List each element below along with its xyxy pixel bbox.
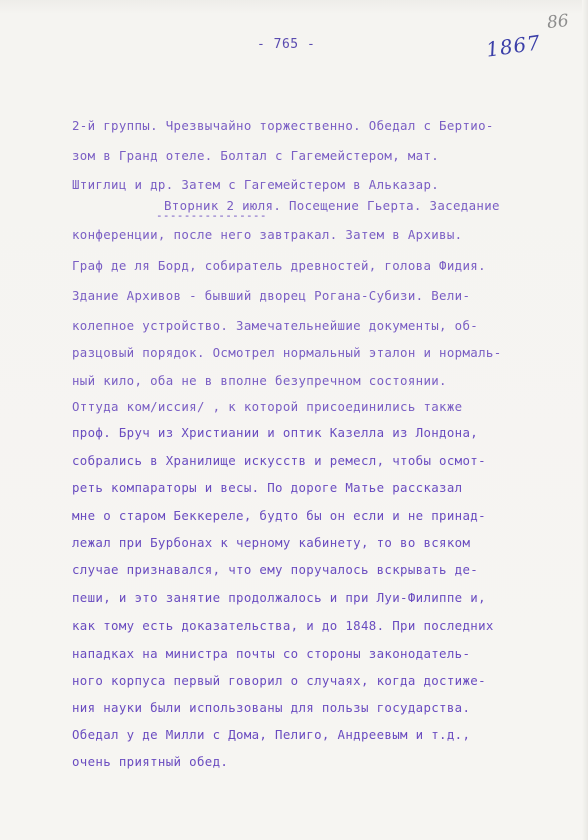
- text-line: случае признавался, что ему поручалось в…: [72, 562, 478, 578]
- page-edge: [582, 0, 588, 840]
- text-line: конференции, после него завтракал. Затем…: [72, 227, 463, 243]
- handwritten-folio-number: 86: [546, 11, 570, 33]
- text-line: как тому есть доказательства, и до 1848.…: [72, 618, 494, 634]
- text-line: реть компараторы и весы. По дороге Матье…: [72, 480, 463, 496]
- text-line: проф. Бруч из Христиании и оптик Казелла…: [72, 425, 478, 441]
- text-line: ния науки были использованы для пользы г…: [72, 700, 470, 716]
- text-line: пеши, и это занятие продолжалось и при Л…: [72, 590, 486, 606]
- text-line: мне о старом Беккереле, будто бы он если…: [72, 508, 486, 524]
- text-line: 2-й группы. Чрезвычайно торжественно. Об…: [72, 118, 494, 134]
- text-line: нападках на министра почты со стороны за…: [72, 646, 470, 662]
- text-line: Штиглиц и др. Затем с Гагемейстером в Ал…: [72, 177, 439, 193]
- text-line: очень приятный обед.: [72, 754, 228, 770]
- text-line: собрались в Хранилище искусств и ремесл,…: [72, 453, 486, 469]
- text-line: лежал при Бурбонах к черному кабинету, т…: [72, 535, 470, 551]
- text-line: Обедал у де Милли с Дома, Пелиго, Андрее…: [72, 727, 470, 743]
- text-line: зом в Гранд отеле. Болтал с Гагемейстеро…: [72, 148, 439, 164]
- page-number: - 765 -: [257, 37, 315, 52]
- text-line: ный кило, оба не в вполне безупречном со…: [72, 373, 447, 389]
- text-line: Здание Архивов - бывший дворец Рогана-Су…: [72, 288, 470, 304]
- text-line: Оттуда ком/иссия/ , к которой присоедини…: [72, 399, 463, 415]
- document-page: - 765 - 1867 86 2-й группы. Чрезвычайно …: [0, 0, 588, 840]
- date-underline: ----------------: [156, 209, 267, 222]
- text-line: колепное устройство. Замечательнейшие до…: [72, 318, 478, 334]
- handwritten-year: 1867: [485, 30, 543, 61]
- text-line: разцовый порядок. Осмотрел нормальный эт…: [72, 345, 502, 361]
- text-line: Граф де ля Борд, собиратель древностей, …: [72, 258, 486, 274]
- text-line: ного корпуса первый говорил о случаях, к…: [72, 673, 486, 689]
